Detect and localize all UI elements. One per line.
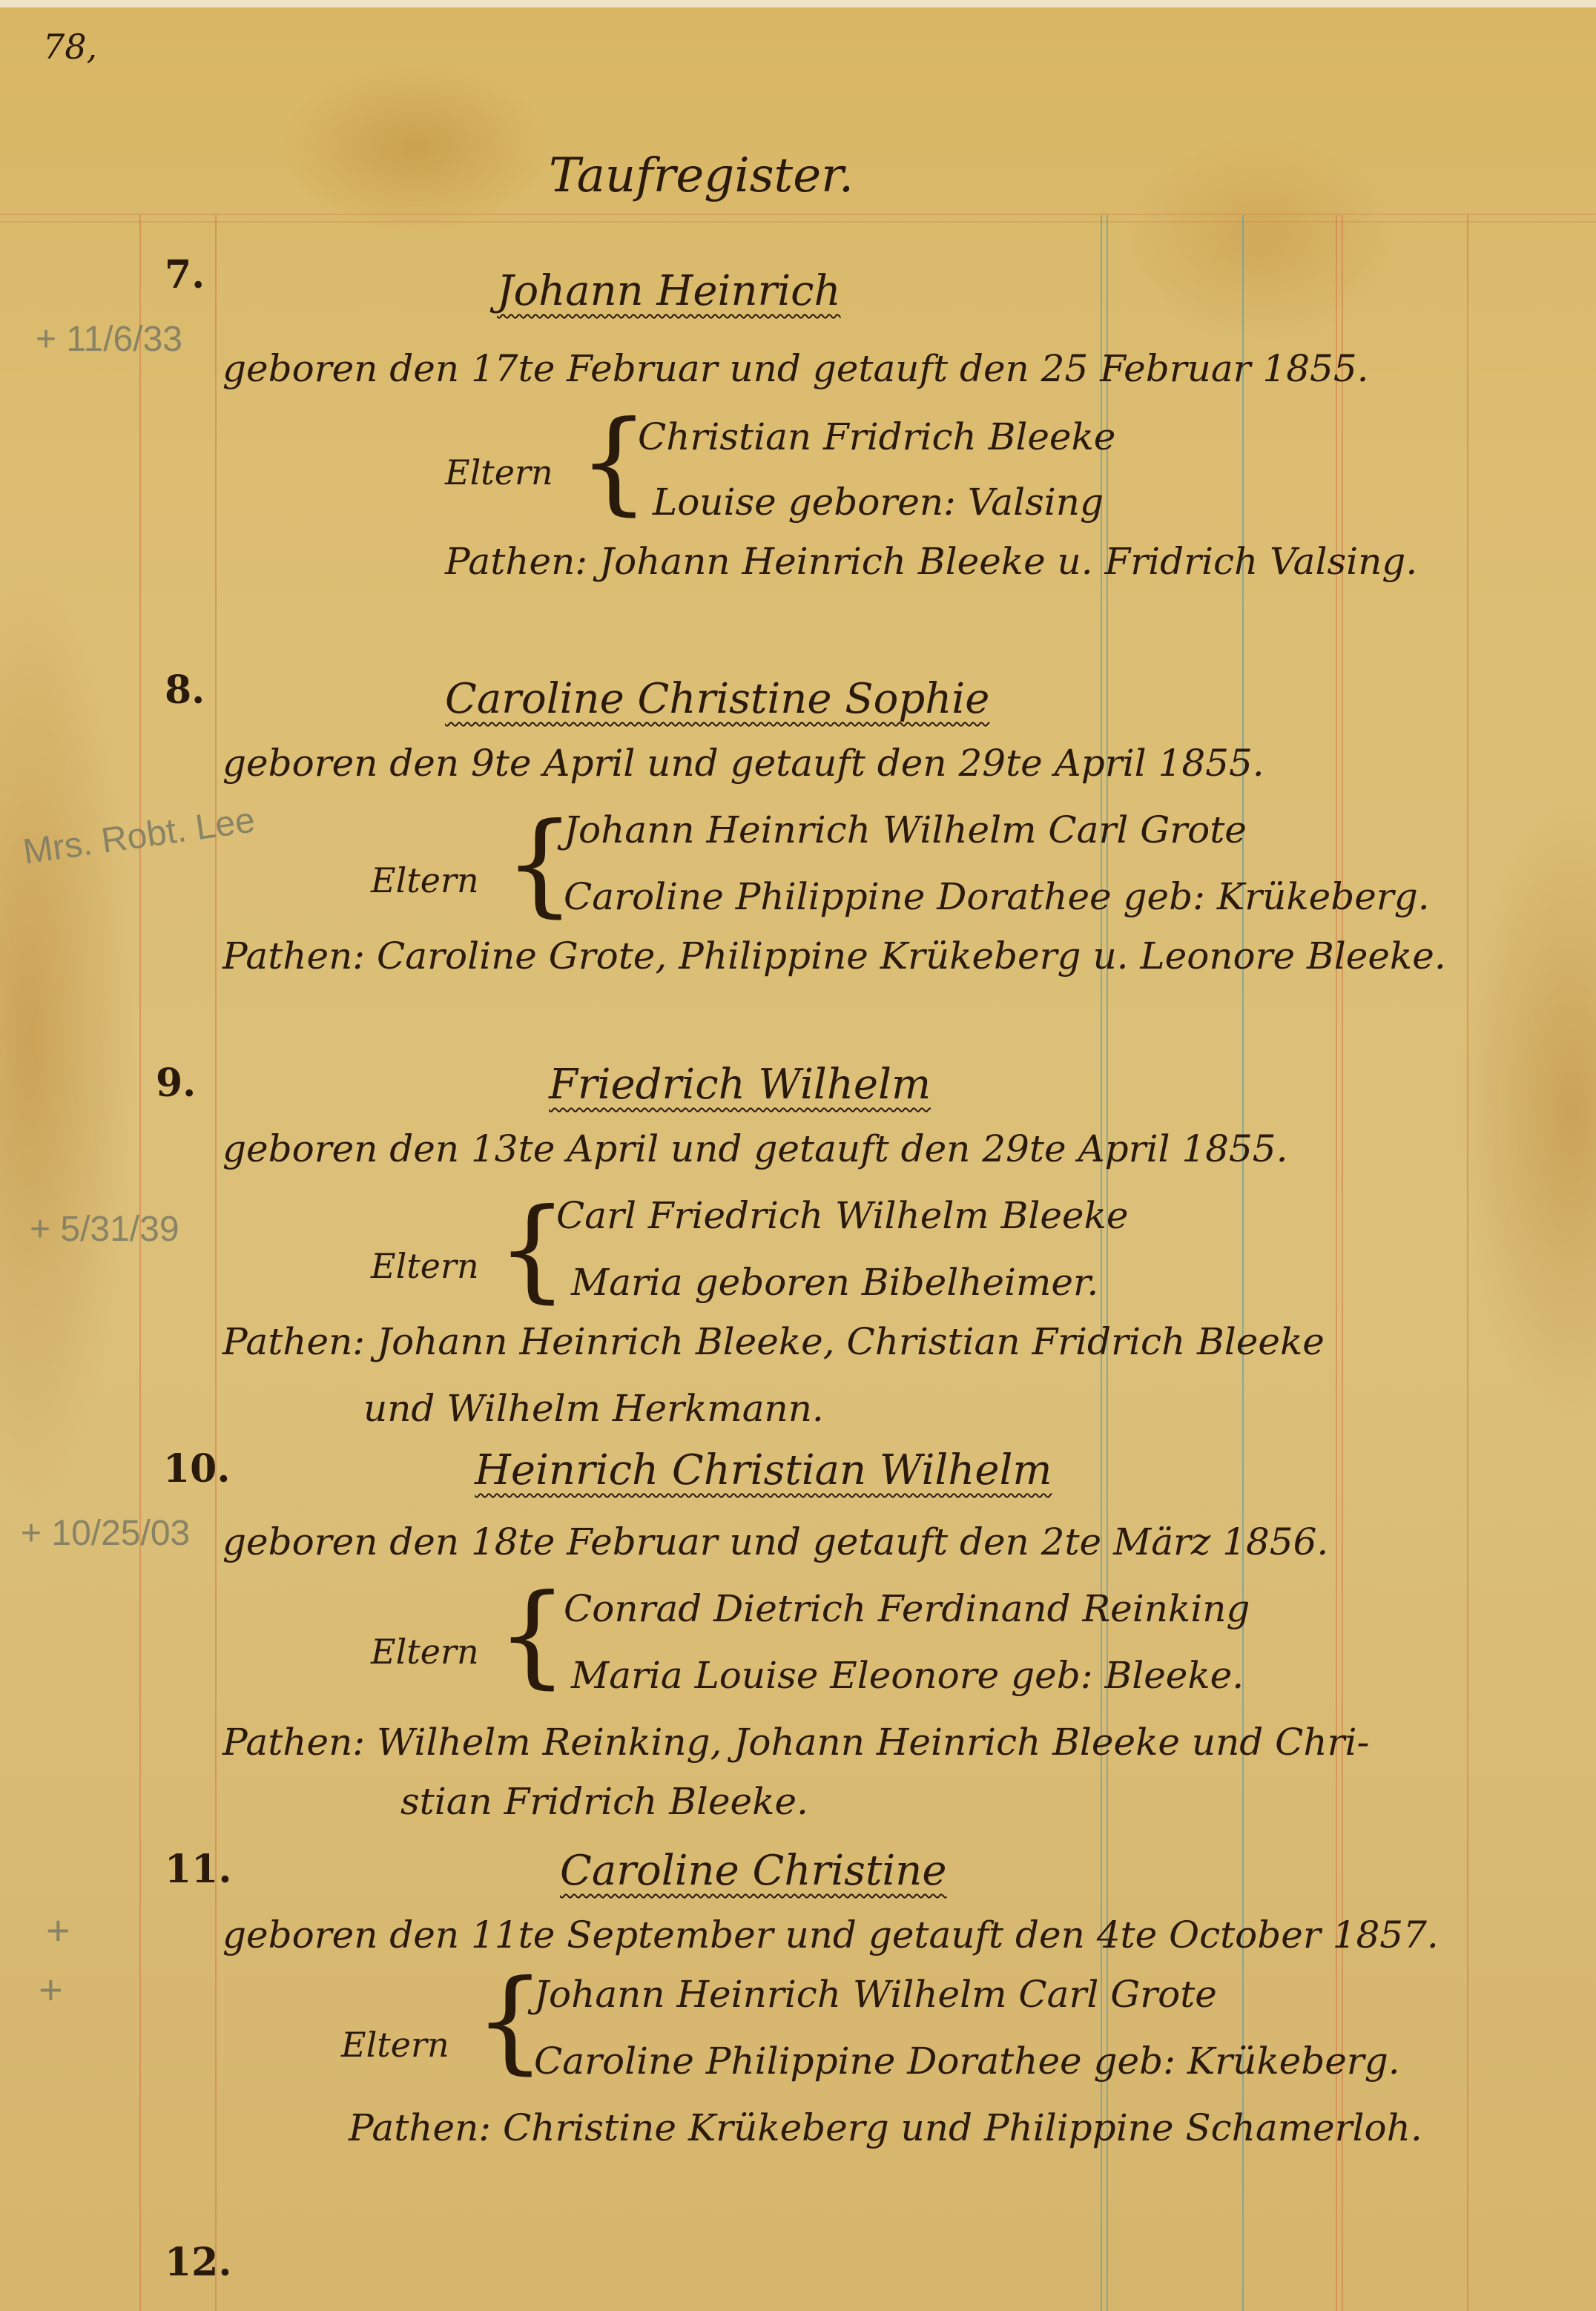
entry-number: 10.: [163, 1446, 230, 1491]
sponsors-line: Pathen: Christine Krükeberg und Philippi…: [349, 2106, 1422, 2149]
parents-label: Eltern: [371, 860, 479, 900]
birth-baptism-dates: geboren den 9te April und getauft den 29…: [222, 742, 1264, 785]
parents-label: Eltern: [371, 1632, 479, 1672]
margin-rule: [215, 215, 217, 2311]
parents-label: Eltern: [341, 2025, 449, 2065]
sponsors-line: Pathen: Wilhelm Reinking, Johann Heinric…: [222, 1721, 1369, 1764]
child-name: Johann Heinrich: [497, 267, 841, 315]
sponsors-line: Pathen: Johann Heinrich Bleeke, Christia…: [222, 1320, 1325, 1363]
mother-name: Maria Louise Eleonore geb: Bleeke.: [571, 1654, 1244, 1697]
column-rule: [1242, 215, 1244, 2311]
birth-baptism-dates: geboren den 13te April und getauft den 2…: [222, 1127, 1288, 1170]
sponsors-line: stian Fridrich Bleeke.: [400, 1780, 808, 1823]
child-name: Caroline Christine Sophie: [445, 675, 989, 723]
entry-number: 11.: [165, 1847, 231, 1892]
cross-mark-icon: +: [46, 1906, 70, 1954]
entry-number: 9.: [156, 1061, 196, 1106]
sponsors-line: und Wilhelm Herkmann.: [363, 1387, 824, 1430]
mother-name: Caroline Philippine Dorathee geb: Krükeb…: [534, 2040, 1400, 2083]
father-name: Johann Heinrich Wilhelm Carl Grote: [534, 1973, 1217, 2016]
margin-note: + 10/25/03: [21, 1513, 190, 1554]
margin-note: + 11/6/33: [36, 319, 182, 360]
father-name: Christian Fridrich Bleeke: [638, 415, 1115, 458]
child-name: Friedrich Wilhelm: [549, 1061, 931, 1109]
sponsors-line: Pathen: Caroline Grote, Philippine Krüke…: [222, 934, 1446, 978]
header-rule: [0, 214, 1596, 215]
page-title: Taufregister.: [549, 148, 854, 203]
column-rule: [1467, 215, 1468, 2311]
father-name: Johann Heinrich Wilhelm Carl Grote: [564, 808, 1247, 851]
birth-baptism-dates: geboren den 17te Februar und getauft den…: [222, 347, 1369, 390]
header-rule: [0, 221, 1596, 222]
page-number: 78,: [43, 27, 97, 67]
child-name: Caroline Christine: [560, 1847, 947, 1895]
column-rule: [1336, 215, 1337, 2311]
page-top-edge: [0, 0, 1596, 7]
register-page: 78, Taufregister. 7. Johann Heinrich + 1…: [0, 0, 1596, 2311]
entry-number: 12.: [165, 2240, 231, 2285]
birth-baptism-dates: geboren den 18te Februar und getauft den…: [222, 1520, 1328, 1563]
child-name: Heinrich Christian Wilhelm: [475, 1446, 1052, 1494]
mother-name: Maria geboren Bibelheimer.: [571, 1261, 1098, 1304]
parents-label: Eltern: [371, 1246, 479, 1286]
parents-label: Eltern: [445, 452, 553, 492]
sponsors-line: Pathen: Johann Heinrich Bleeke u. Fridri…: [445, 540, 1417, 583]
mother-name: Louise geboren: Valsing: [653, 481, 1104, 524]
father-name: Carl Friedrich Wilhelm Bleeke: [556, 1194, 1128, 1237]
column-rule: [1342, 215, 1343, 2311]
father-name: Conrad Dietrich Ferdinand Reinking: [564, 1587, 1250, 1630]
birth-baptism-dates: geboren den 11te September und getauft d…: [222, 1913, 1439, 1956]
entry-number: 7.: [165, 252, 205, 297]
margin-rule: [139, 215, 141, 2311]
cross-mark-icon: +: [39, 1965, 63, 2014]
brace-icon: {: [497, 1580, 567, 1691]
mother-name: Caroline Philippine Dorathee geb: Krükeb…: [564, 875, 1430, 918]
margin-note: + 5/31/39: [30, 1209, 179, 1250]
entry-number: 8.: [165, 667, 205, 713]
